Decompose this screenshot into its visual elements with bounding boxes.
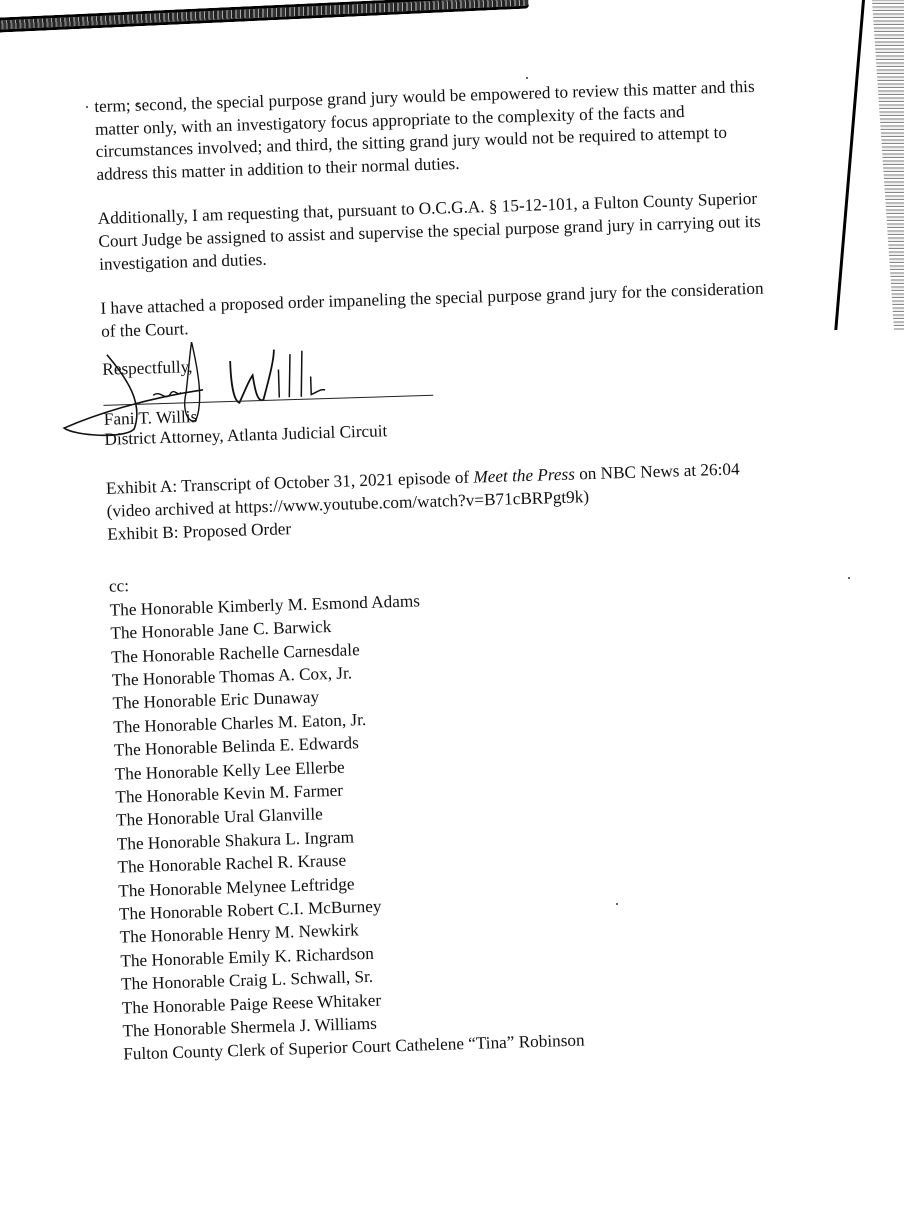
signature-block: Respectfully, Fani T. Willis District At… xyxy=(102,330,805,456)
scan-right-edge-line xyxy=(834,0,865,330)
letter-page: term; second, the special purpose grand … xyxy=(94,75,823,1067)
scan-speck xyxy=(86,106,88,108)
scan-right-edge-artifact xyxy=(864,0,904,330)
scan-top-edge-artifact xyxy=(0,0,529,40)
scan-speck xyxy=(848,577,850,579)
exhibit-a-show-title: Meet the Press xyxy=(473,465,575,487)
scan-speck xyxy=(526,77,528,79)
cc-recipients-list: The Honorable Kimberly M. Esmond AdamsTh… xyxy=(109,577,823,1066)
